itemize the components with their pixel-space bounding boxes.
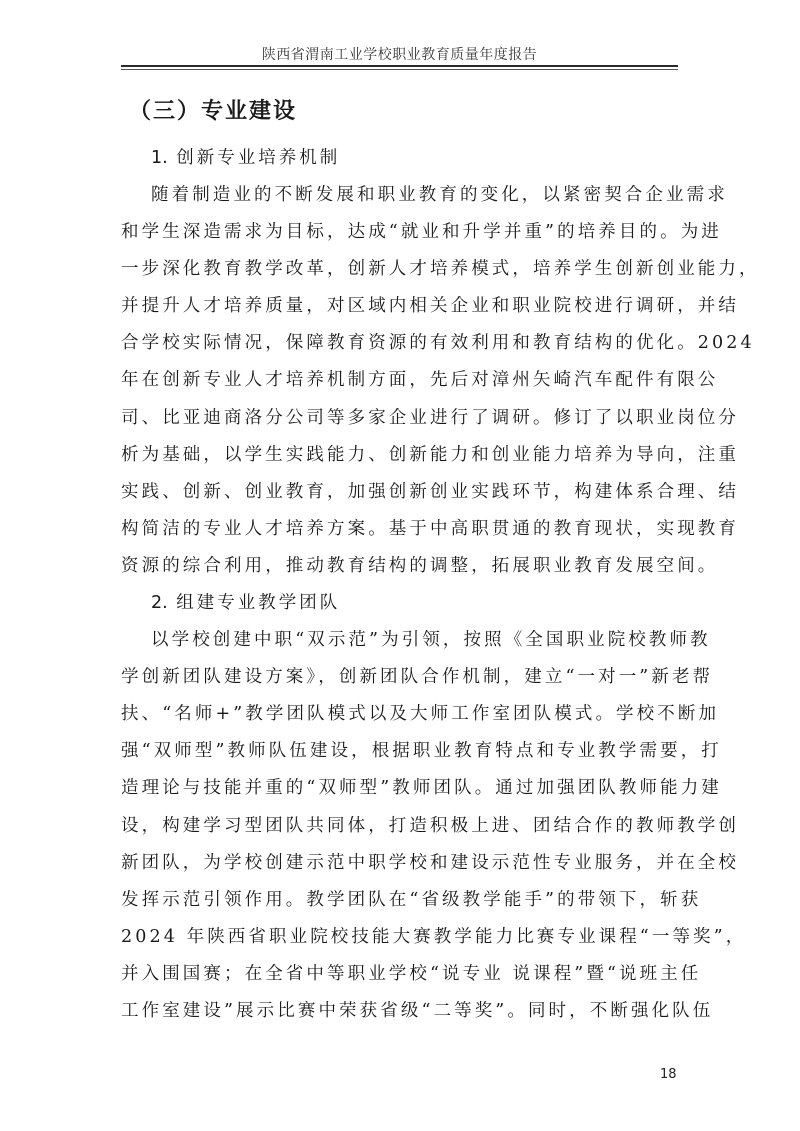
header-rule-thin [121, 69, 678, 70]
text-line: 资源的综合利用，推动教育结构的调整，拓展职业教育发展空间。 [121, 548, 678, 585]
text-line: 工作室建设”展示比赛中荣获省级“二等奖”。同时，不断强化队伍 [121, 993, 678, 1030]
text-line: 构简洁的专业人才培养方案。基于中高职贯通的教育现状，实现教育 [121, 511, 678, 548]
header-rule [121, 65, 678, 71]
page-number: 18 [660, 1067, 677, 1082]
text-line: 析为基础，以学生实践能力、创新能力和创业能力培养为导向，注重 [121, 437, 678, 474]
text-line: 新团队，为学校创建示范中职学校和建设示范性专业服务，并在全校 [121, 845, 678, 882]
subsection-title-2: 2. 组建专业教学团队 [121, 585, 678, 622]
paragraph-1: 随着制造业的不断发展和职业教育的变化，以紧密契合企业需求 和学生深造需求为目标，… [121, 177, 678, 585]
text-line: 合学校实际情况，保障教育资源的有效利用和教育结构的优化。2024 [121, 325, 678, 362]
document-page: 陕西省渭南工业学校职业教育质量年度报告 （三）专业建设 1. 创新专业培养机制 … [0, 0, 800, 1131]
text-line: 2024 年陕西省职业院校技能大赛教学能力比赛专业课程“一等奖”， [121, 919, 678, 956]
text-line: 一步深化教育教学改革，创新人才培养模式，培养学生创新创业能力， [121, 251, 678, 288]
text-line: 年在创新专业人才培养机制方面，先后对漳州矢崎汽车配件有限公 [121, 362, 678, 399]
subsection-title-text: 组建专业教学团队 [176, 593, 340, 613]
text-line: 以学校创建中职“双示范”为引领，按照《全国职业院校教师教 [121, 622, 678, 659]
text-line: 和学生深造需求为目标，达成“就业和升学并重”的培养目的。为进 [121, 214, 678, 251]
text-line: 司、比亚迪商洛分公司等多家企业进行了调研。修订了以职业岗位分 [121, 400, 678, 437]
subsection-title-text: 创新专业培养机制 [176, 148, 340, 168]
text-line: 随着制造业的不断发展和职业教育的变化，以紧密契合企业需求 [121, 177, 678, 214]
text-line: 造理论与技能并重的“双师型”教师团队。通过加强团队教师能力建 [121, 770, 678, 807]
text-line: 设，构建学习型团队共同体，打造积极上进、团结合作的教师教学创 [121, 808, 678, 845]
text-line: 并入围国赛；在全省中等职业学校“说专业 说课程”暨“说班主任 [121, 956, 678, 993]
text-line: 实践、创新、创业教育，加强创新创业实践环节，构建体系合理、结 [121, 474, 678, 511]
paragraph-2: 以学校创建中职“双示范”为引领，按照《全国职业院校教师教 学创新团队建设方案》，… [121, 622, 678, 1030]
text-line: 发挥示范引领作用。教学团队在“省级教学能手”的带领下，斩获 [121, 882, 678, 919]
page-content: （三）专业建设 1. 创新专业培养机制 随着制造业的不断发展和职业教育的变化，以… [121, 92, 678, 1030]
running-header: 陕西省渭南工业学校职业教育质量年度报告 [121, 44, 678, 64]
text-line: 扶、“名师+”教学团队模式以及大师工作室团队模式。学校不断加 [121, 696, 678, 733]
subsection-title-1: 1. 创新专业培养机制 [121, 140, 678, 177]
section-title: （三）专业建设 [129, 92, 678, 132]
subsection-number: 1. [151, 148, 168, 168]
text-line: 并提升人才培养质量，对区域内相关企业和职业院校进行调研，并结 [121, 288, 678, 325]
text-line: 学创新团队建设方案》，创新团队合作机制，建立“一对一”新老帮 [121, 659, 678, 696]
header-rule-thick [121, 65, 678, 67]
text-line: 强“双师型”教师队伍建设，根据职业教育特点和专业教学需要，打 [121, 733, 678, 770]
subsection-number: 2. [151, 593, 168, 613]
